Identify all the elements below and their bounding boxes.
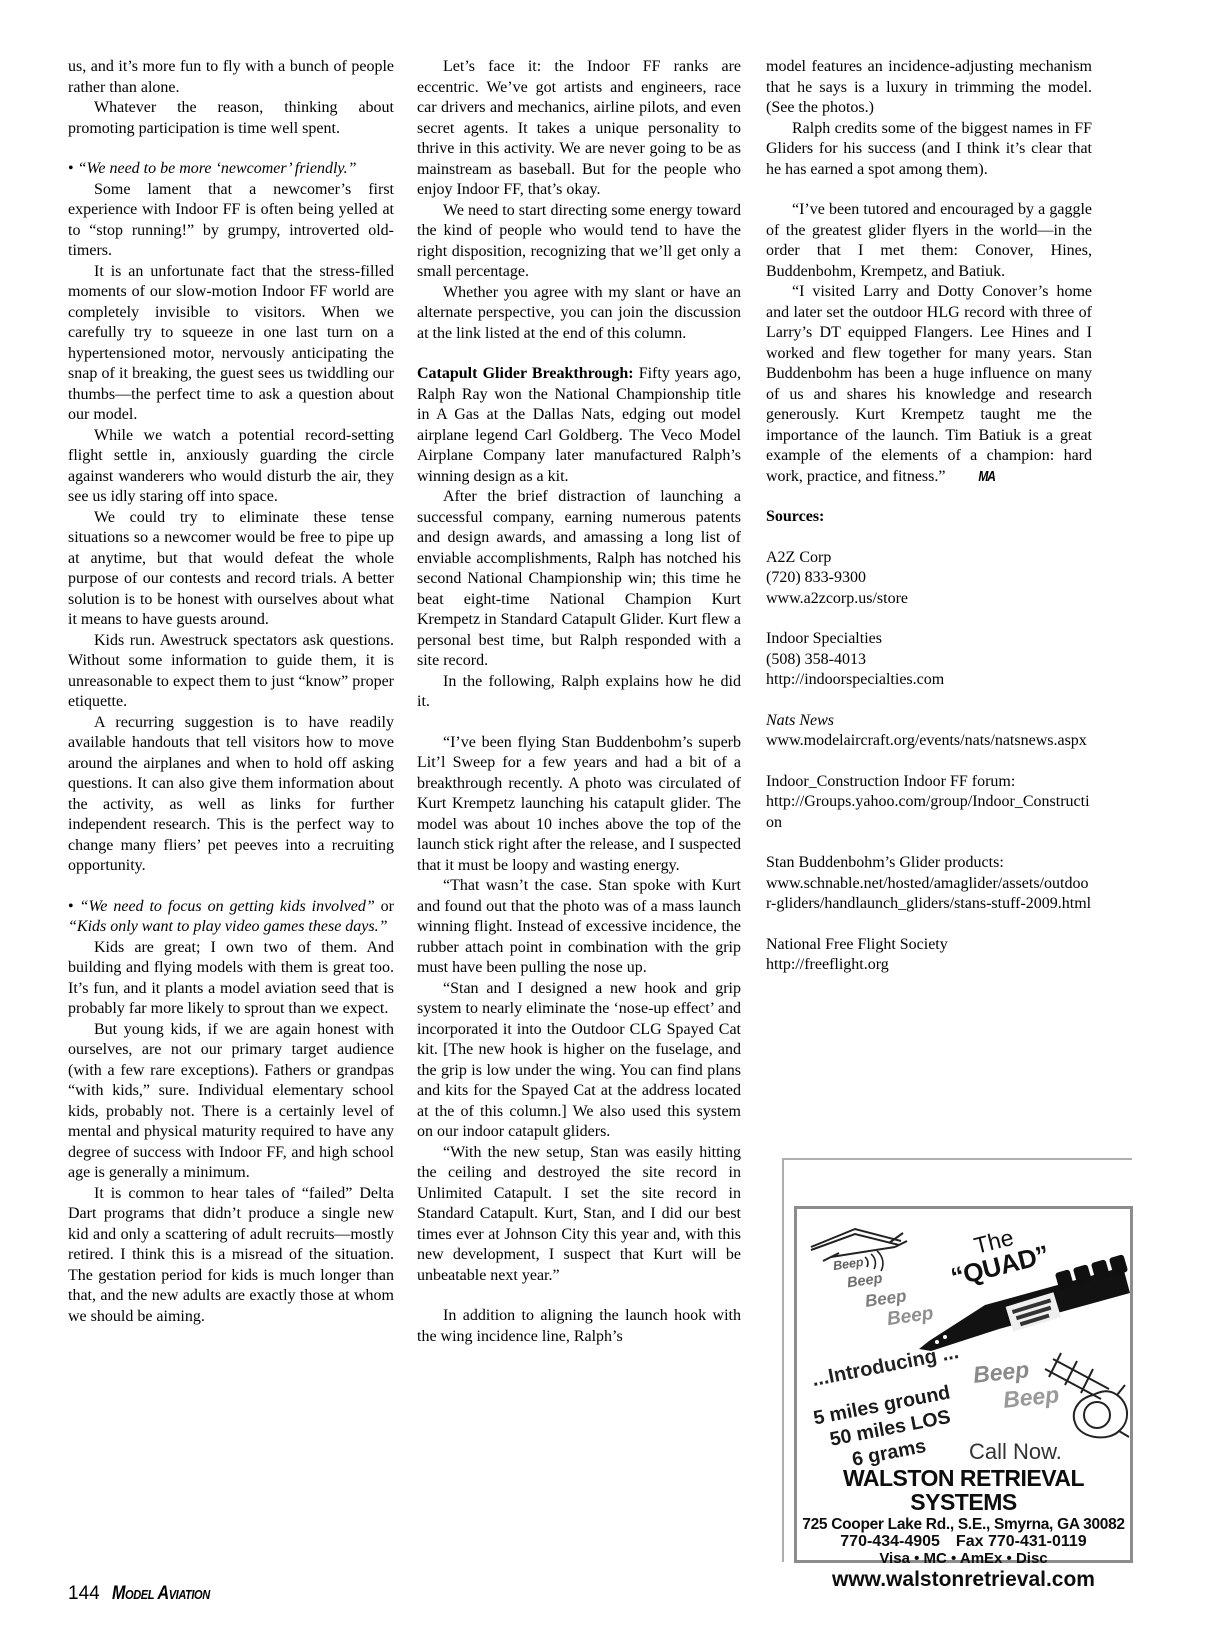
source-name: Indoor_Construction Indoor FF forum: bbox=[766, 772, 1092, 793]
quote-paragraph: “I visited Larry and Dotty Conover’s hom… bbox=[766, 282, 1092, 487]
ad-left-rule bbox=[782, 1158, 784, 1562]
walston-advertisement: Beep Beep Beep Beep The “QUAD” bbox=[794, 1206, 1133, 1563]
source-phone: (720) 833-9300 bbox=[766, 568, 1092, 589]
paragraph: Some lament that a newcomer’s first expe… bbox=[68, 180, 394, 262]
quote-paragraph: “With the new setup, Stan was easily hit… bbox=[417, 1143, 741, 1287]
paragraph: A recurring suggestion is to have readil… bbox=[68, 713, 394, 877]
page-number: 144 bbox=[68, 1583, 100, 1605]
source-entry: Indoor_Construction Indoor FF forum: htt… bbox=[766, 772, 1092, 834]
ad-top-rule bbox=[782, 1158, 1132, 1160]
paragraph: While we watch a potential record-settin… bbox=[68, 426, 394, 508]
bullet-text: “We need to be more ‘newcomer’ friendly.… bbox=[78, 160, 357, 177]
paragraph: Let’s face it: the Indoor FF ranks are e… bbox=[417, 57, 741, 201]
bullet-point: • “We need to focus on getting kids invo… bbox=[68, 897, 394, 938]
paragraph: It is common to hear tales of “failed” D… bbox=[68, 1184, 394, 1328]
quote-paragraph: “That wasn’t the case. Stan spoke with K… bbox=[417, 876, 741, 979]
ad-contact-block: WALSTON RETRIEVAL SYSTEMS 725 Cooper Lak… bbox=[797, 1466, 1130, 1591]
company-address: 725 Cooper Lake Rd., S.E., Smyrna, GA 30… bbox=[797, 1516, 1130, 1533]
company-website: www.walstonretrieval.com bbox=[797, 1568, 1130, 1591]
source-name: Stan Buddenbohm’s Glider products: bbox=[766, 853, 1092, 874]
tracking-receiver-illustration bbox=[1039, 1333, 1135, 1443]
paragraph: We need to start directing some energy t… bbox=[417, 201, 741, 283]
bullet-text: “Kids only want to play video games thes… bbox=[68, 918, 388, 935]
paragraph: In addition to aligning the launch hook … bbox=[417, 1306, 741, 1347]
paragraph: After the brief distraction of launching… bbox=[417, 487, 741, 672]
article-column-3: model features an incidence-adjusting me… bbox=[766, 57, 1092, 976]
source-url: http://indoorspecialties.com bbox=[766, 670, 1092, 691]
phone-number: 770-434-4905 bbox=[840, 1533, 940, 1550]
paragraph: Kids are great; I own two of them. And b… bbox=[68, 938, 394, 1020]
magazine-page: us, and it’s more fun to fly with a bunc… bbox=[0, 0, 1210, 1636]
company-phone-fax: 770-434-4905Fax 770-431-0119 bbox=[797, 1533, 1130, 1550]
paragraph: us, and it’s more fun to fly with a bunc… bbox=[68, 57, 394, 98]
bullet-text-roman: or bbox=[375, 898, 394, 915]
paragraph: Whatever the reason, thinking about prom… bbox=[68, 98, 394, 139]
quote-paragraph: “Stan and I designed a new hook and grip… bbox=[417, 979, 741, 1143]
section-text: Fifty years ago, Ralph Ray won the Natio… bbox=[417, 365, 741, 485]
beep-text: Beep bbox=[846, 1271, 883, 1292]
section-heading: Catapult Glider Breakthrough: bbox=[417, 365, 634, 382]
ad-specs: 5 miles ground 50 miles LOS 6 grams bbox=[811, 1380, 961, 1477]
source-entry: Indoor Specialties (508) 358-4013 http:/… bbox=[766, 629, 1092, 691]
paragraph: It is an unfortunate fact that the stres… bbox=[68, 262, 394, 426]
call-now-text: Call Now. bbox=[969, 1439, 1062, 1465]
paragraph: But young kids, if we are again honest w… bbox=[68, 1020, 394, 1184]
end-of-article-mark: MA bbox=[958, 467, 995, 488]
source-entry: A2Z Corp (720) 833-9300 www.a2zcorp.us/s… bbox=[766, 548, 1092, 610]
source-entry: National Free Flight Society http://free… bbox=[766, 935, 1092, 976]
source-name: National Free Flight Society bbox=[766, 935, 1092, 956]
section-paragraph: Catapult Glider Breakthrough: Fifty year… bbox=[417, 364, 741, 487]
sources-heading: Sources: bbox=[766, 507, 1092, 528]
source-name: Nats News bbox=[766, 711, 1092, 732]
paragraph: We could try to eliminate these tense si… bbox=[68, 508, 394, 631]
paragraph: model features an incidence-adjusting me… bbox=[766, 57, 1092, 119]
source-url: www.a2zcorp.us/store bbox=[766, 589, 1092, 610]
magazine-logo: Model Aviation bbox=[112, 1583, 210, 1605]
source-entry: Nats News www.modelaircraft.org/events/n… bbox=[766, 711, 1092, 752]
glider-illustration bbox=[803, 1217, 923, 1279]
quote-paragraph: “I’ve been tutored and encouraged by a g… bbox=[766, 200, 1092, 282]
source-url: http://freeflight.org bbox=[766, 955, 1092, 976]
source-name: Indoor Specialties bbox=[766, 629, 1092, 650]
bullet-glyph: • bbox=[68, 160, 78, 177]
article-column-2: Let’s face it: the Indoor FF ranks are e… bbox=[417, 57, 741, 1347]
bullet-text: “We need to focus on getting kids involv… bbox=[80, 898, 375, 915]
source-name: A2Z Corp bbox=[766, 548, 1092, 569]
paragraph: Kids run. Awestruck spectators ask quest… bbox=[68, 631, 394, 713]
company-name: WALSTON RETRIEVAL SYSTEMS bbox=[797, 1466, 1130, 1514]
paragraph: Ralph credits some of the biggest names … bbox=[766, 119, 1092, 181]
source-phone: (508) 358-4013 bbox=[766, 650, 1092, 671]
bullet-glyph: • bbox=[68, 898, 80, 915]
bullet-point: • “We need to be more ‘newcomer’ friendl… bbox=[68, 159, 394, 180]
payment-methods: Visa • MC • AmEx • Disc bbox=[797, 1551, 1130, 1567]
source-entry: Stan Buddenbohm’s Glider products: www.s… bbox=[766, 853, 1092, 915]
quote-paragraph: “I’ve been flying Stan Buddenbohm’s supe… bbox=[417, 733, 741, 877]
article-column-1: us, and it’s more fun to fly with a bunc… bbox=[68, 57, 394, 1327]
source-url: www.modelaircraft.org/events/nats/natsne… bbox=[766, 731, 1092, 752]
paragraph: In the following, Ralph explains how he … bbox=[417, 672, 741, 713]
source-url: www.schnable.net/hosted/amaglider/assets… bbox=[766, 874, 1092, 915]
page-footer: 144 Model Aviation bbox=[68, 1583, 227, 1605]
fax-number: Fax 770-431-0119 bbox=[956, 1533, 1087, 1550]
source-url: http://Groups.yahoo.com/group/Indoor_Con… bbox=[766, 792, 1092, 833]
paragraph: Whether you agree with my slant or have … bbox=[417, 283, 741, 345]
